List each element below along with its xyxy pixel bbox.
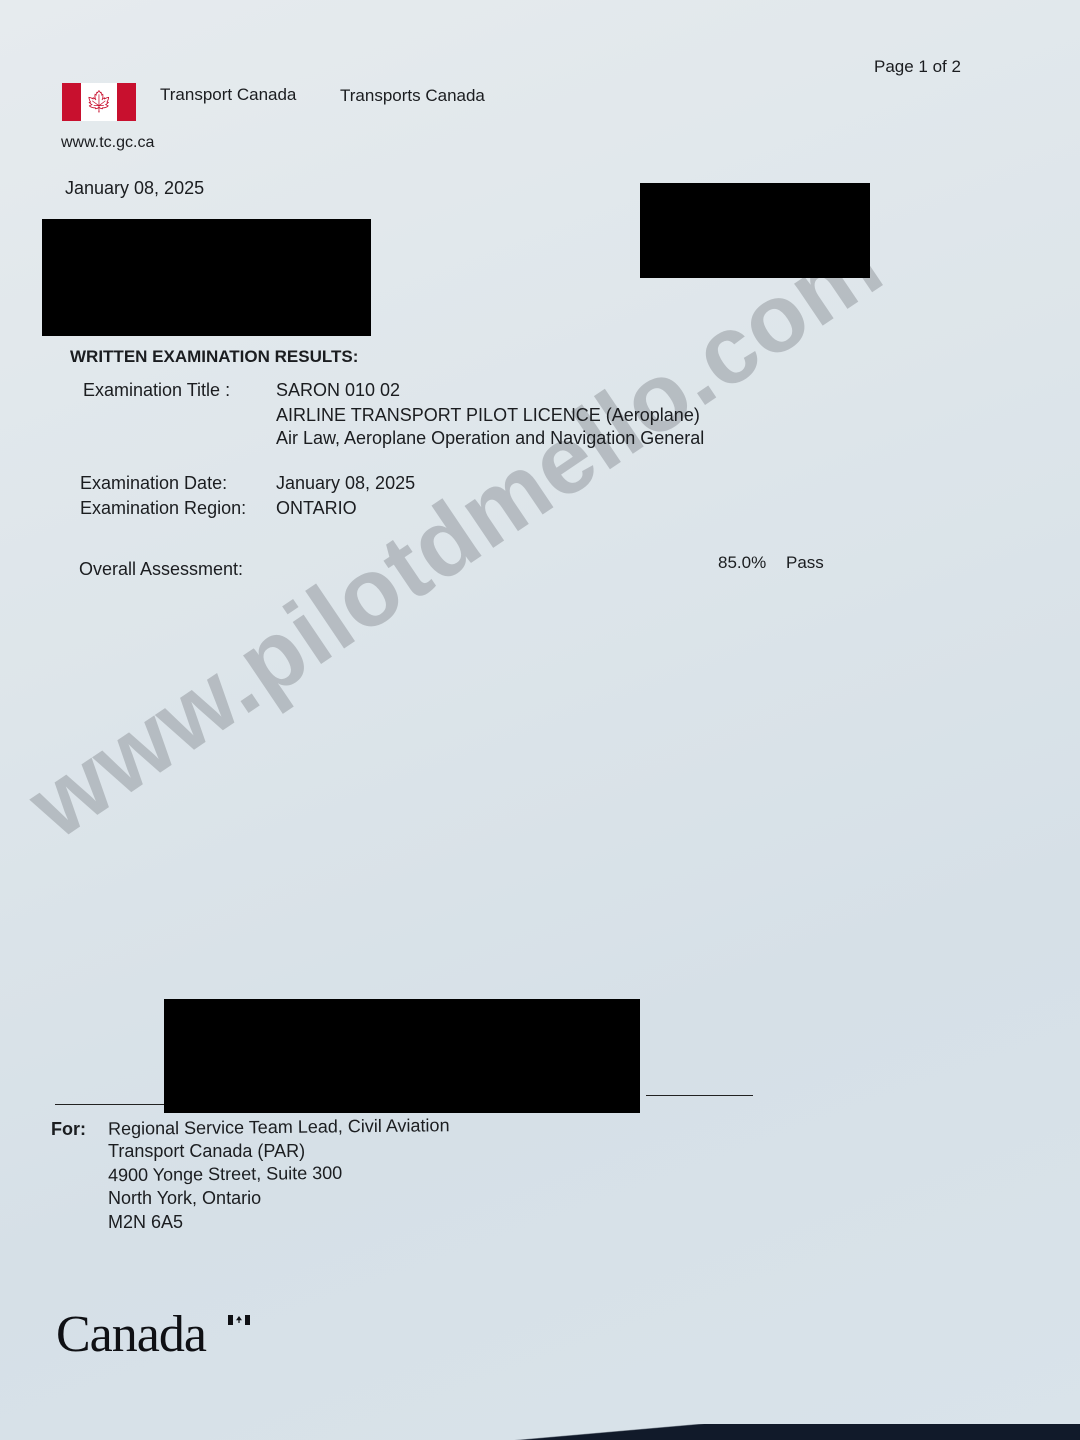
redacted-address-block xyxy=(42,219,371,336)
for-label: For: xyxy=(51,1120,86,1138)
address-street: 4900 Yonge Street, Suite 300 xyxy=(108,1164,342,1184)
overall-result-badge: Pass xyxy=(786,554,824,571)
exam-region-label: Examination Region: xyxy=(80,499,246,517)
maple-leaf-icon: 🍁︎ xyxy=(81,83,117,121)
redacted-id-block xyxy=(640,183,870,278)
letter-date: January 08, 2025 xyxy=(65,179,204,197)
dept-name-en: Transport Canada xyxy=(160,86,296,103)
signature-line-left xyxy=(55,1104,167,1105)
redacted-signature xyxy=(164,999,640,1113)
exam-licence: AIRLINE TRANSPORT PILOT LICENCE (Aeropla… xyxy=(276,406,700,424)
exam-date-label: Examination Date: xyxy=(80,474,227,492)
exam-region-value: ONTARIO xyxy=(276,499,357,517)
page-bottom-edge xyxy=(0,1424,1080,1440)
signature-line-right xyxy=(646,1095,753,1096)
canada-wordmark: Canada xyxy=(56,1305,206,1364)
page-indicator: Page 1 of 2 xyxy=(874,58,961,75)
address-postal: M2N 6A5 xyxy=(108,1213,183,1231)
canada-wordmark-text: Canada xyxy=(56,1306,206,1363)
wordmark-flag-icon xyxy=(228,1315,250,1325)
exam-code: SARON 010 02 xyxy=(276,381,400,399)
exam-date-value: January 08, 2025 xyxy=(276,474,415,492)
canada-flag-logo: 🍁︎ xyxy=(62,83,136,121)
overall-assessment-label: Overall Assessment: xyxy=(79,560,243,578)
dept-name-fr: Transports Canada xyxy=(340,87,485,104)
signatory-title: Regional Service Team Lead, Civil Aviati… xyxy=(108,1116,450,1138)
exam-title-label: Examination Title : xyxy=(83,381,230,399)
address-city: North York, Ontario xyxy=(108,1189,261,1207)
overall-score: 85.0% xyxy=(718,554,766,571)
results-heading: WRITTEN EXAMINATION RESULTS: xyxy=(70,348,358,365)
exam-subject: Air Law, Aeroplane Operation and Navigat… xyxy=(276,429,704,447)
website-link[interactable]: www.tc.gc.ca xyxy=(61,135,154,151)
signatory-office: Transport Canada (PAR) xyxy=(108,1142,305,1160)
